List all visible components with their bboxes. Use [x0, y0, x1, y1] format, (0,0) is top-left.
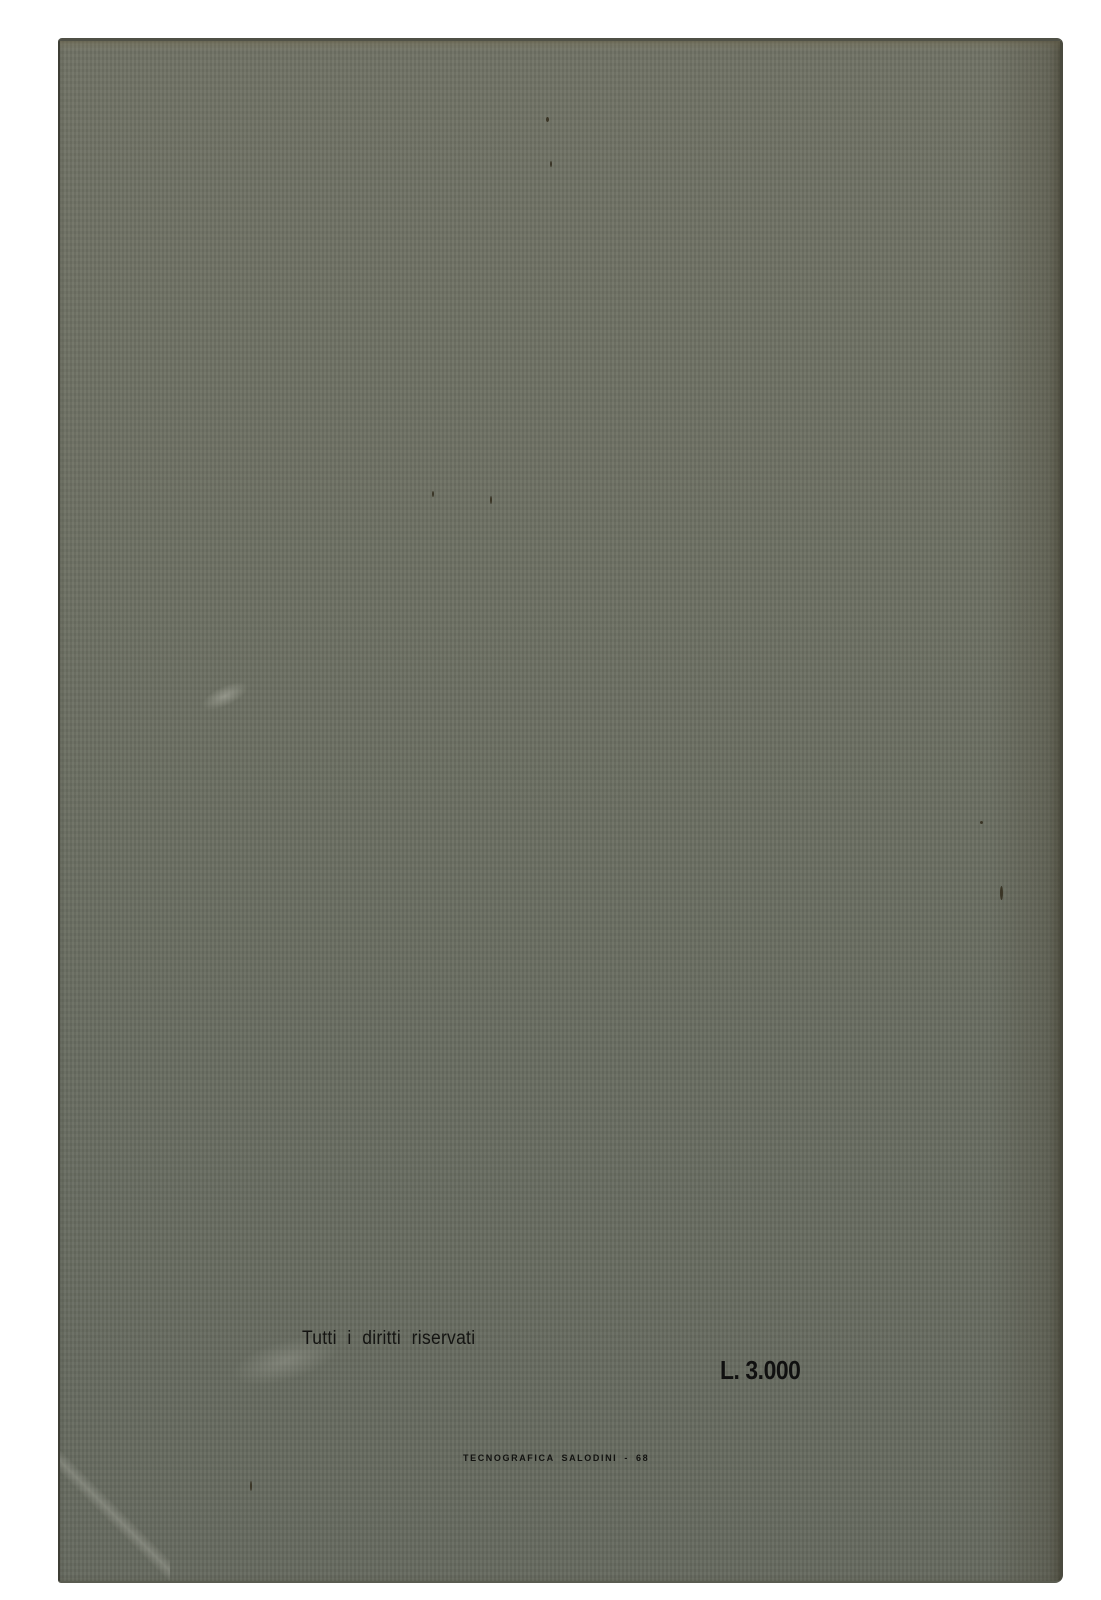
paper-speck	[250, 1481, 252, 1491]
rights-notice: Tutti i diritti riservati	[302, 1328, 475, 1350]
printer-imprint: TECNOGRAFICA SALODINI - 68	[463, 1453, 649, 1463]
paper-speck	[550, 161, 552, 167]
paper-speck	[546, 117, 549, 122]
corner-crease	[60, 1451, 170, 1581]
paper-speck	[432, 491, 434, 497]
spine-shadow	[990, 41, 1060, 1581]
price-label: L. 3.000	[720, 1355, 800, 1386]
paper-speck	[980, 821, 983, 824]
paper-speck	[490, 496, 492, 504]
book-back-cover: Tutti i diritti riservati L. 3.000 TECNO…	[58, 38, 1063, 1583]
cover-top-edge	[60, 41, 1060, 51]
surface-scuff	[198, 676, 252, 715]
paper-speck	[1000, 886, 1003, 900]
